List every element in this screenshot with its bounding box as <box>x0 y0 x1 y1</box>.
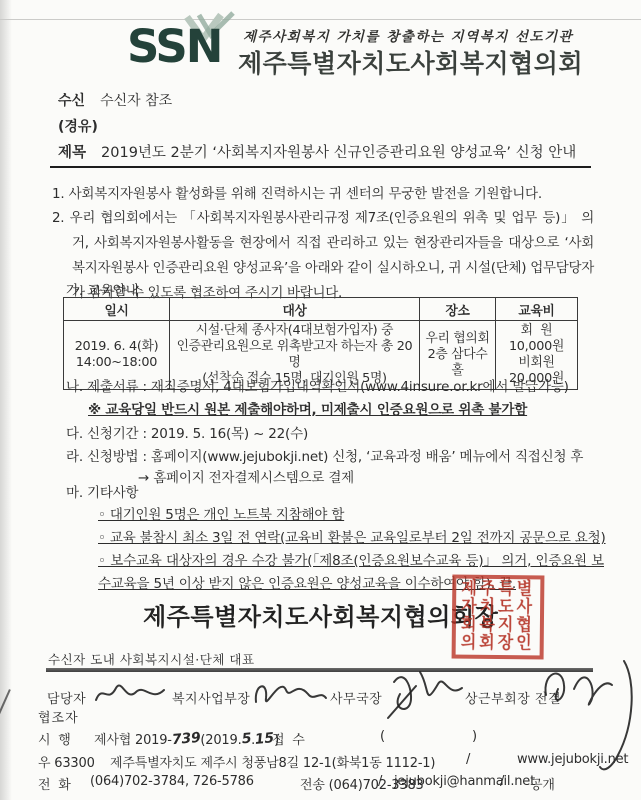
stamp-row-3: 회복지협 <box>459 616 537 636</box>
dispatch-label: 시 행 <box>38 729 71 748</box>
stamp-row-2: 자치도사 <box>459 598 537 618</box>
phone-numbers: (064)702-3784, 726-5786 <box>90 774 254 789</box>
recipient-label: 수신 <box>58 93 85 109</box>
official-seal-stamp: 제주특별 자치도사 회복지협 의회장인 <box>452 575 545 660</box>
subject-label: 제목 <box>58 145 86 161</box>
recipients-line: 수신자 도내 사회복지시설·단체 대표 <box>48 650 255 668</box>
via-label: (경유) <box>58 116 98 136</box>
dispatch-number: 제사협 2019-739(2019.5.15) <box>94 729 279 748</box>
recipient-row: 수신수신자 참조 <box>58 90 172 110</box>
phone-slash-1: / <box>378 774 382 789</box>
dispatch-prefix: 제사협 2019- <box>94 733 172 748</box>
phone-row: 전 화 (064)702-3784, 726-5786 전송 (064)702-… <box>38 774 638 792</box>
staff-label: 담당자 <box>47 688 86 707</box>
receipt-paren-open: ( <box>380 729 385 744</box>
col-header-target: 대상 <box>170 298 420 321</box>
table-header-row: 일시 대상 장소 교육비 <box>64 298 578 321</box>
col-header-place: 장소 <box>420 298 496 321</box>
disclosure-text: 공개 <box>530 774 555 793</box>
bullet-item-1: ◦ 대기인원 5명은 개인 노트북 지참해야 함 <box>98 503 344 523</box>
scanned-official-document: SSN 제주사회복지 가치를 창출하는 지역복지 선도기관 제주특별자치도사회복… <box>0 0 641 800</box>
subject-value: 2019년도 2분기 ‘사회복지자원봉사 신규인증관리요원 양성교육’ 신청 안… <box>101 145 576 161</box>
edu-date: 2019. 6. 4(화) <box>75 339 159 354</box>
dept-head-signature-scribble <box>250 672 330 716</box>
fee-member: 회 원 10,000원 <box>509 323 564 354</box>
dispatch-date-open: (2019. <box>200 733 241 748</box>
edu-time: 14:00~18:00 <box>76 355 157 370</box>
phone-slash-2: / <box>500 774 504 789</box>
col-header-fee: 교육비 <box>496 298 578 321</box>
street-address: 제주특별자치도 제주시 청풍남8길 12-1(화북1동 1112-1) <box>110 752 435 771</box>
stamp-row-1: 제주특별 <box>459 580 537 600</box>
list-item-da: 다. 신청기간 : 2019. 5. 16(목) ~ 22(수) <box>66 422 308 442</box>
secretary-general-signature-scribble <box>386 664 466 720</box>
dispatch-row: 시 행 제사협 2019-739(2019.5.15) 접 수 ( ) <box>38 729 638 747</box>
address-slash: / <box>466 752 470 767</box>
list-item-ma: 마. 기타사항 <box>66 481 138 501</box>
subject-divider <box>50 166 591 168</box>
handwritten-month: 5 <box>241 731 252 748</box>
scan-top-line <box>0 19 641 20</box>
scan-edge-shadow <box>0 0 12 800</box>
required-note: ※ 교육당일 반드시 원본 제출해야하며, 미제출시 인증요원으로 위촉 불가함 <box>88 398 527 418</box>
list-item-ra-cont: → 홈페이지 전자결제시스템으로 결제 <box>138 466 354 486</box>
staff-signature-scribble <box>92 678 168 710</box>
handwritten-doc-number: 739 <box>171 730 201 748</box>
list-item-ra: 라. 신청방법 : 홈페이지(www.jejubokji.net) 신청, ‘교… <box>66 445 583 465</box>
bullet-item-2: ◦ 교육 불참시 최소 3일 전 연락(교육비 환불은 교육일로부터 2일 전까… <box>98 526 606 546</box>
col-header-datetime: 일시 <box>64 298 170 321</box>
receipt-paren-close: ) <box>472 729 477 744</box>
phone-label: 전 화 <box>38 774 71 793</box>
place-line-2: 2층 삼다수홀 <box>428 347 488 378</box>
email-text: jejubokji@hanmail.net <box>394 774 535 789</box>
recipient-value: 수신자 참조 <box>100 93 172 109</box>
secretary-general-label: 사무국장 <box>330 688 382 707</box>
sender-title: 제주특별자치도사회복지협의회장 <box>143 597 498 632</box>
place-line-1: 우리 협의회 <box>425 331 489 346</box>
dept-head-label: 복지사업부장 <box>172 688 250 707</box>
zip-code: 우 63300 <box>38 752 95 771</box>
org-name: 제주특별자치도사회복지협의회 <box>238 44 583 80</box>
logo-ssn-acronym: SSN <box>127 24 221 69</box>
cooperator-label: 협조자 <box>38 707 79 726</box>
target-line-1: 시설·단체 종사자(4대보험가입자) 중 <box>196 323 393 338</box>
list-item-na: 나. 제출서류 : 재직증명서, 4대보험가입내역확인서(www.4insure… <box>66 375 569 395</box>
target-line-2: 인증관리요원으로 위촉받고자 하는자 총 20명 <box>177 339 413 370</box>
address-row: 우 63300 제주특별자치도 제주시 청풍남8길 12-1(화북1동 1112… <box>38 752 638 770</box>
stamp-row-4: 의회장인 <box>459 634 537 654</box>
org-slogan: 제주사회복지 가치를 창출하는 지역복지 선도기관 <box>243 25 573 45</box>
list-item-ga: 가. 교육안내 <box>66 279 138 299</box>
website-text: www.jejubokji.net <box>517 752 628 767</box>
receipt-label: 접 수 <box>272 729 305 748</box>
body-paragraph-1: 1. 사회복지자원봉사 활성화를 위해 진력하시는 귀 센터의 무궁한 발전을 … <box>52 182 542 202</box>
subject-row: 제목2019년도 2분기 ‘사회복지자원봉사 신규인증관리요원 양성교육’ 신청… <box>58 141 576 162</box>
